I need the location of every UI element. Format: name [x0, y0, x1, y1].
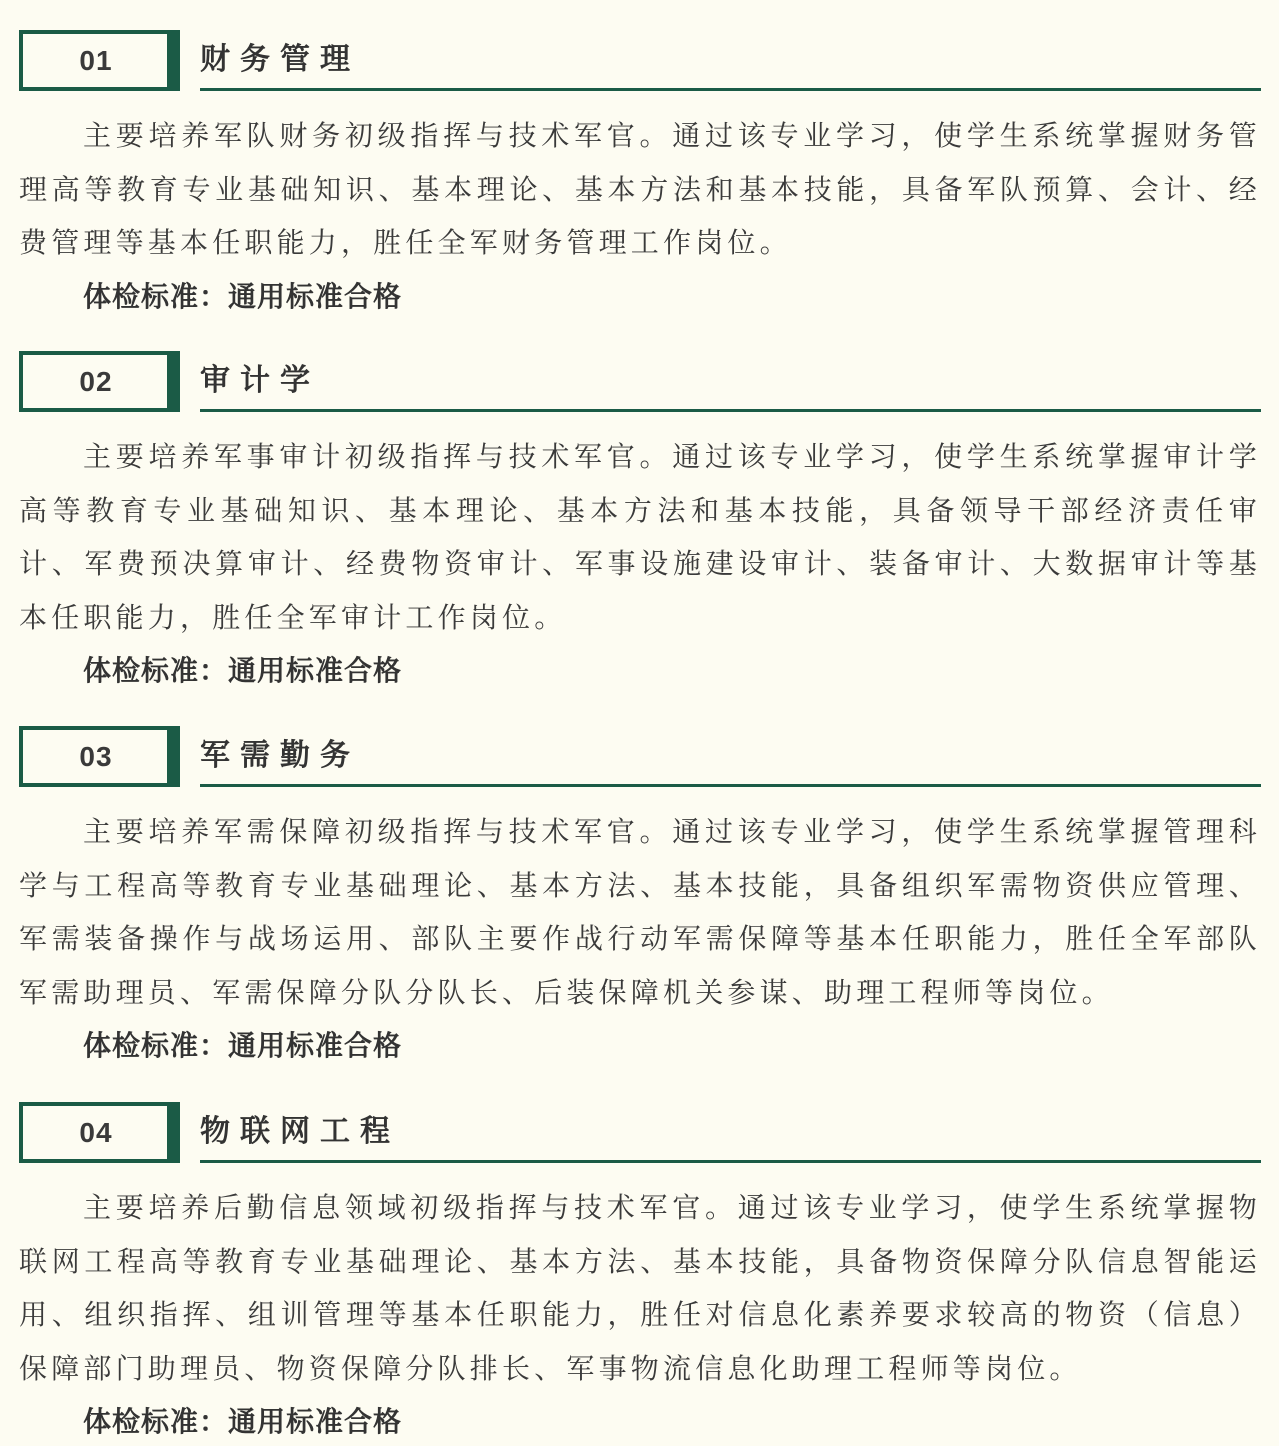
description-line: 主要培养军队财务初级指挥与技术军官。通过该专业学习，使学生系统掌握财务管 [19, 109, 1261, 163]
physical-exam-standard: 体检标准：通用标准合格 [19, 644, 1261, 698]
description-line: 联网工程高等教育专业基础理论、基本方法、基本技能，具备物资保障分队信息智能运 [19, 1235, 1261, 1289]
section-number-badge: 02 [19, 351, 180, 412]
description-line: 军需助理员、军需保障分队分队长、后装保障机关参谋、助理工程师等岗位。 [19, 966, 1261, 1020]
exam-label: 体检标准： [83, 654, 228, 687]
section-description: 主要培养后勤信息领域初级指挥与技术军官。通过该专业学习，使学生系统掌握物 联网工… [19, 1181, 1261, 1446]
description-line: 军需装备操作与战场运用、部队主要作战行动军需保障等基本任职能力，胜任全军部队 [19, 912, 1261, 966]
section-description: 主要培养军事审计初级指挥与技术军官。通过该专业学习，使学生系统掌握审计学 高等教… [19, 430, 1261, 698]
exam-value: 通用标准合格 [228, 280, 402, 313]
description-line: 用、组织指挥、组训管理等基本任职能力，胜任对信息化素养要求较高的物资（信息） [19, 1288, 1261, 1342]
description-line: 高等教育专业基础知识、基本理论、基本方法和基本技能，具备领导干部经济责任审 [19, 484, 1261, 538]
description-line: 理高等教育专业基础知识、基本理论、基本方法和基本技能，具备军队预算、会计、经 [19, 163, 1261, 217]
description-line: 主要培养军事审计初级指挥与技术军官。通过该专业学习，使学生系统掌握审计学 [19, 430, 1261, 484]
section-description: 主要培养军需保障初级指挥与技术军官。通过该专业学习，使学生系统掌握管理科 学与工… [19, 805, 1261, 1073]
physical-exam-standard: 体检标准：通用标准合格 [19, 270, 1261, 324]
section-title: 军需勤务 [200, 734, 360, 778]
exam-value: 通用标准合格 [228, 654, 402, 687]
physical-exam-standard: 体检标准：通用标准合格 [19, 1395, 1261, 1446]
description-line: 学与工程高等教育专业基础理论、基本方法、基本技能，具备组织军需物资供应管理、 [19, 859, 1261, 913]
exam-label: 体检标准： [83, 1029, 228, 1062]
title-underline-divider [200, 88, 1261, 91]
description-line: 主要培养军需保障初级指挥与技术军官。通过该专业学习，使学生系统掌握管理科 [19, 805, 1261, 859]
section-title: 财务管理 [200, 38, 360, 82]
section-title: 审计学 [200, 359, 320, 403]
exam-value: 通用标准合格 [228, 1405, 402, 1438]
title-underline-divider [200, 1160, 1261, 1163]
exam-value: 通用标准合格 [228, 1029, 402, 1062]
section-number-badge: 03 [19, 726, 180, 787]
description-line: 计、军费预决算审计、经费物资审计、军事设施建设审计、装备审计、大数据审计等基 [19, 537, 1261, 591]
section-number-badge: 01 [19, 30, 180, 91]
description-line: 保障部门助理员、物资保障分队排长、军事物流信息化助理工程师等岗位。 [19, 1342, 1261, 1396]
title-underline-divider [200, 409, 1261, 412]
exam-label: 体检标准： [83, 280, 228, 313]
title-underline-divider [200, 784, 1261, 787]
description-line: 本任职能力，胜任全军审计工作岗位。 [19, 591, 1261, 645]
section-description: 主要培养军队财务初级指挥与技术军官。通过该专业学习，使学生系统掌握财务管 理高等… [19, 109, 1261, 323]
physical-exam-standard: 体检标准：通用标准合格 [19, 1019, 1261, 1073]
description-line: 费管理等基本任职能力，胜任全军财务管理工作岗位。 [19, 216, 1261, 270]
description-line: 主要培养后勤信息领域初级指挥与技术军官。通过该专业学习，使学生系统掌握物 [19, 1181, 1261, 1235]
exam-label: 体检标准： [83, 1405, 228, 1438]
section-title: 物联网工程 [200, 1110, 400, 1154]
section-number-badge: 04 [19, 1102, 180, 1163]
